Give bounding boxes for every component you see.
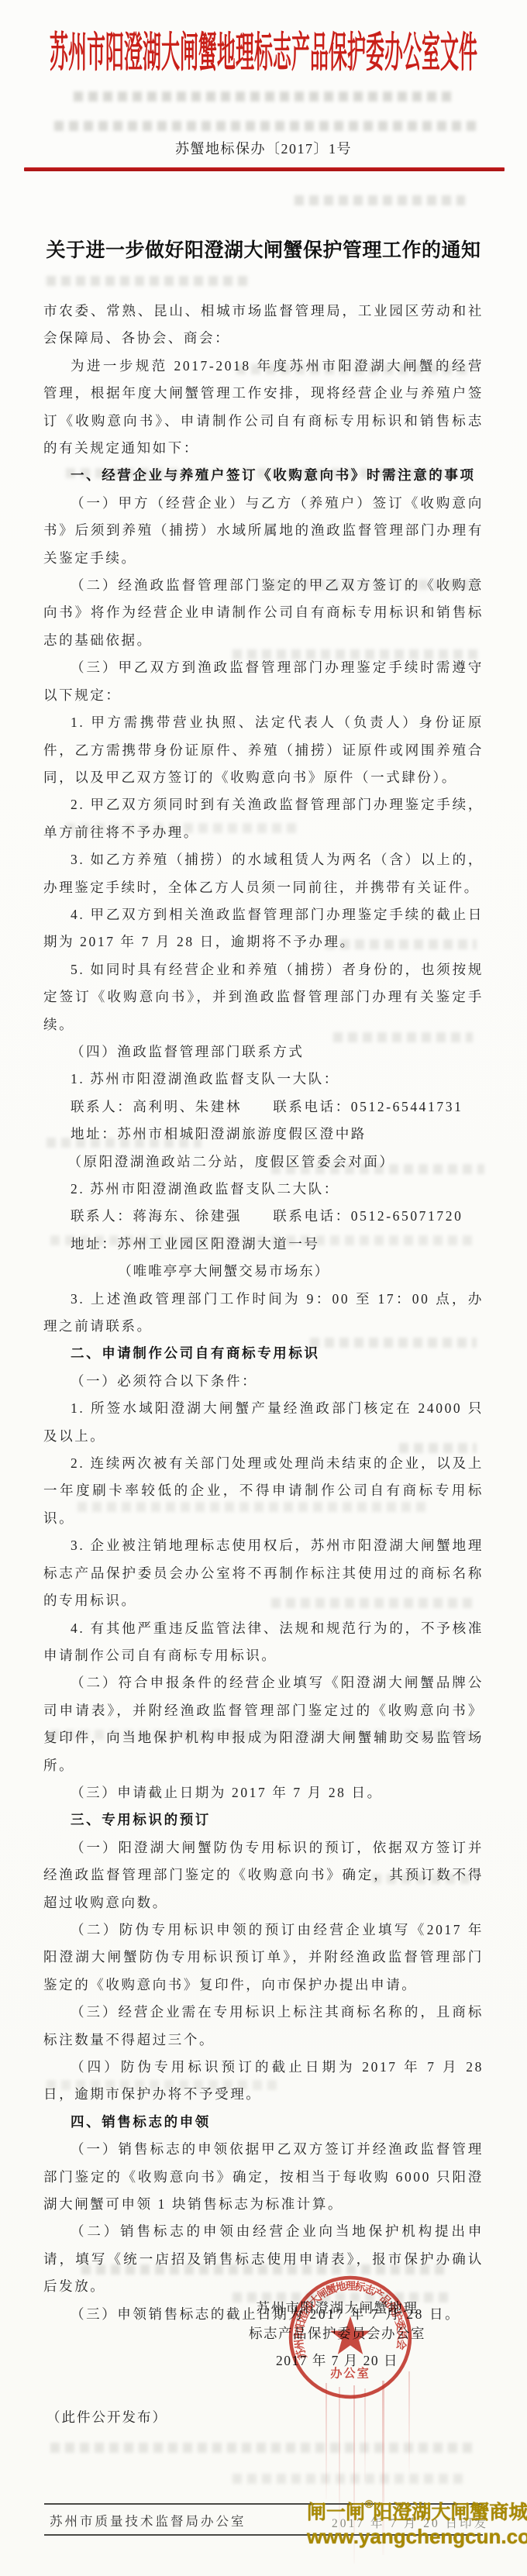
- contact-team2-address-note: （唯唯亭亭大闸蟹交易市场东）: [43, 1258, 484, 1285]
- body-paragraph: 1. 所签水域阳澄湖大闸蟹产量经渔政部门核定在 24000 只及以上。: [43, 1395, 484, 1450]
- body-paragraph: 2. 连续两次被有关部门处理或处理尚未结束的企业，以及上一年度刷卡率较低的企业，…: [43, 1450, 484, 1532]
- document-title: 关于进一步做好阳澄湖大闸蟹保护管理工作的通知: [0, 235, 527, 263]
- body-paragraph: 3. 上述渔政管理部门工作时间为 9：00 至 17：00 点，办理之前请联系。: [43, 1286, 484, 1341]
- seal-star-icon: [330, 2316, 370, 2354]
- body-paragraph: （一）销售标志的申领依据甲乙双方签订并经渔政监督管理部门鉴定的《收购意向书》确定…: [43, 2136, 484, 2218]
- contact-team2-person-phone: 联系人：蒋海东、徐建强 联系电话：0512-65071720: [43, 1203, 484, 1230]
- bleed-smudge: [74, 91, 453, 102]
- watermark-brand: 闸一闸®阳澄湖大闸蟹商城: [307, 2497, 510, 2525]
- body-paragraph: （一）阳澄湖大闸蟹防伪专用标识的预订，依据双方签订并经渔政监督管理部门鉴定的《收…: [43, 1834, 484, 1917]
- body-paragraph: 3. 如乙方养殖（捕捞）的水域租赁人为两名（含）以上的，办理鉴定手续时，全体乙方…: [43, 846, 484, 901]
- body-paragraph: 3. 企业被注销地理标志使用权后，苏州市阳澄湖大闸蟹地理标志产品保护委员会办公室…: [43, 1532, 484, 1614]
- body-paragraph: （一）甲方（经营企业）与乙方（养殖户）签订《收购意向书》后须到养殖（捕捞）水域所…: [43, 490, 484, 572]
- body-paragraph: 5. 如同时具有经营企业和养殖（捕捞）者身份的，也须按规定签订《收购意向书》，并…: [43, 956, 484, 1038]
- registered-trademark-icon: ®: [365, 2498, 373, 2510]
- section-3-heading: 三、专用标识的预订: [43, 1806, 484, 1834]
- body-paragraph: 1. 甲方需携带营业执照、法定代表人（负责人）身份证原件，乙方需携带身份证原件、…: [43, 709, 484, 791]
- contact-team2-address: 地址：苏州工业园区阳澄湖大道一号: [43, 1231, 484, 1258]
- body-paragraph: 2. 甲乙双方须同时到有关渔政监督管理部门办理鉴定手续，单方前往将不予办理。: [43, 791, 484, 846]
- watermark-brand-prefix: 闸一闸: [307, 2502, 365, 2523]
- section-4-heading: 四、销售标志的申领: [43, 2109, 484, 2136]
- body-paragraph: （二）符合申报条件的经营企业填写《阳澄湖大闸蟹品牌公司申请表》，并附经渔政监督管…: [43, 1669, 484, 1779]
- official-document-page: 苏州市阳澄湖大闸蟹地理标志产品保护委办公室文件 苏蟹地标保办〔2017〕1号 关…: [0, 0, 527, 2576]
- body-paragraph: （三）甲乙双方到渔政监督管理部门办理鉴定手续时需遵守以下规定：: [43, 654, 484, 709]
- document-letterhead: 苏州市阳澄湖大闸蟹地理标志产品保护委办公室文件: [0, 19, 527, 79]
- document-body: 市农委、常熟、昆山、相城市场监督管理局，工业园区劳动和社会保障局、各协会、商会：…: [43, 298, 484, 2328]
- section-2-heading: 二、申请制作公司自有商标专用标识: [43, 1340, 484, 1367]
- section-1-heading: 一、经营企业与养殖户签订《收购意向书》时需注意的事项: [43, 462, 484, 489]
- bleed-smudge: [232, 2474, 465, 2484]
- watermark-url: www.yangchengcun.com: [307, 2525, 510, 2549]
- contact-team1-person-phone: 联系人：高利明、朱建林 联系电话：0512-65441731: [43, 1093, 484, 1121]
- watermark-brand-suffix: 阳澄湖大闸蟹商城: [373, 2502, 527, 2523]
- body-paragraph: （三）申请截止日期为 2017 年 7 月 28 日。: [43, 1779, 484, 1806]
- body-paragraph: （一）必须符合以下条件：: [43, 1368, 484, 1395]
- official-red-seal: 苏州市阳澄湖大闸蟹地理标志产品保护委员会 办公室: [284, 2271, 417, 2404]
- body-paragraph: 4. 有其他严重违反监管法律、法规和规范行为的，不予核准申请制作公司自有商标专用…: [43, 1615, 484, 1670]
- bleed-smudge: [46, 276, 248, 286]
- red-divider-rule: [24, 167, 505, 171]
- contact-team1-address-note: （原阳澄湖渔政站二分站，度假区管委会对面）: [43, 1149, 484, 1176]
- body-paragraph: （二）经渔政监督管理部门鉴定的甲乙双方签订的《收购意向书》将作为经营企业申请制作…: [43, 572, 484, 654]
- contact-team1-address: 地址：苏州市相城阳澄湖旅游度假区澄中路: [43, 1121, 484, 1148]
- bleed-smudge: [50, 2443, 473, 2453]
- public-release-note: （此件公开发布）: [46, 2407, 167, 2426]
- salutation: 市农委、常熟、昆山、相城市场监督管理局，工业园区劳动和社会保障局、各协会、商会：: [43, 298, 484, 353]
- letterhead-text: 苏州市阳澄湖大闸蟹地理标志产品保护委办公室文件: [50, 29, 477, 76]
- contact-team2-title: 2. 苏州市阳澄湖渔政监督支队二大队：: [43, 1176, 484, 1203]
- document-number: 苏蟹地标保办〔2017〕1号: [0, 138, 527, 158]
- contact-team1-title: 1. 苏州市阳澄湖渔政监督支队一大队：: [43, 1066, 484, 1093]
- contact-section-heading: （四）渔政监督管理部门联系方式: [43, 1038, 484, 1066]
- body-paragraph: （四）防伪专用标识预订的截止日期为 2017 年 7 月 28 日，逾期市保护办…: [43, 2054, 484, 2109]
- intro-paragraph: 为进一步规范 2017-2018 年度苏州市阳澄湖大闸蟹的经营管理，根据年度大闸…: [43, 353, 484, 463]
- bleed-smudge: [54, 121, 477, 131]
- body-paragraph: （三）经营企业需在专用标识上标注其商标名称的，且商标标注数量不得超过三个。: [43, 1999, 484, 2054]
- bleed-smudge: [294, 195, 465, 205]
- seal-bottom-text: 办公室: [330, 2367, 370, 2381]
- body-paragraph: （二）销售标志的申领由经营企业向当地保护机构提出申请，填写《统一店招及销售标志使…: [43, 2218, 484, 2300]
- footer-issuer: 苏州市质量技术监督局办公室: [50, 2511, 246, 2530]
- body-paragraph: （二）防伪专用标识申领的预订由经营企业填写《2017 年阳澄湖大闸蟹防伪专用标识…: [43, 1917, 484, 1999]
- body-paragraph: 4. 甲乙双方到相关渔政监督管理部门办理鉴定手续的截止日期为 2017 年 7 …: [43, 901, 484, 956]
